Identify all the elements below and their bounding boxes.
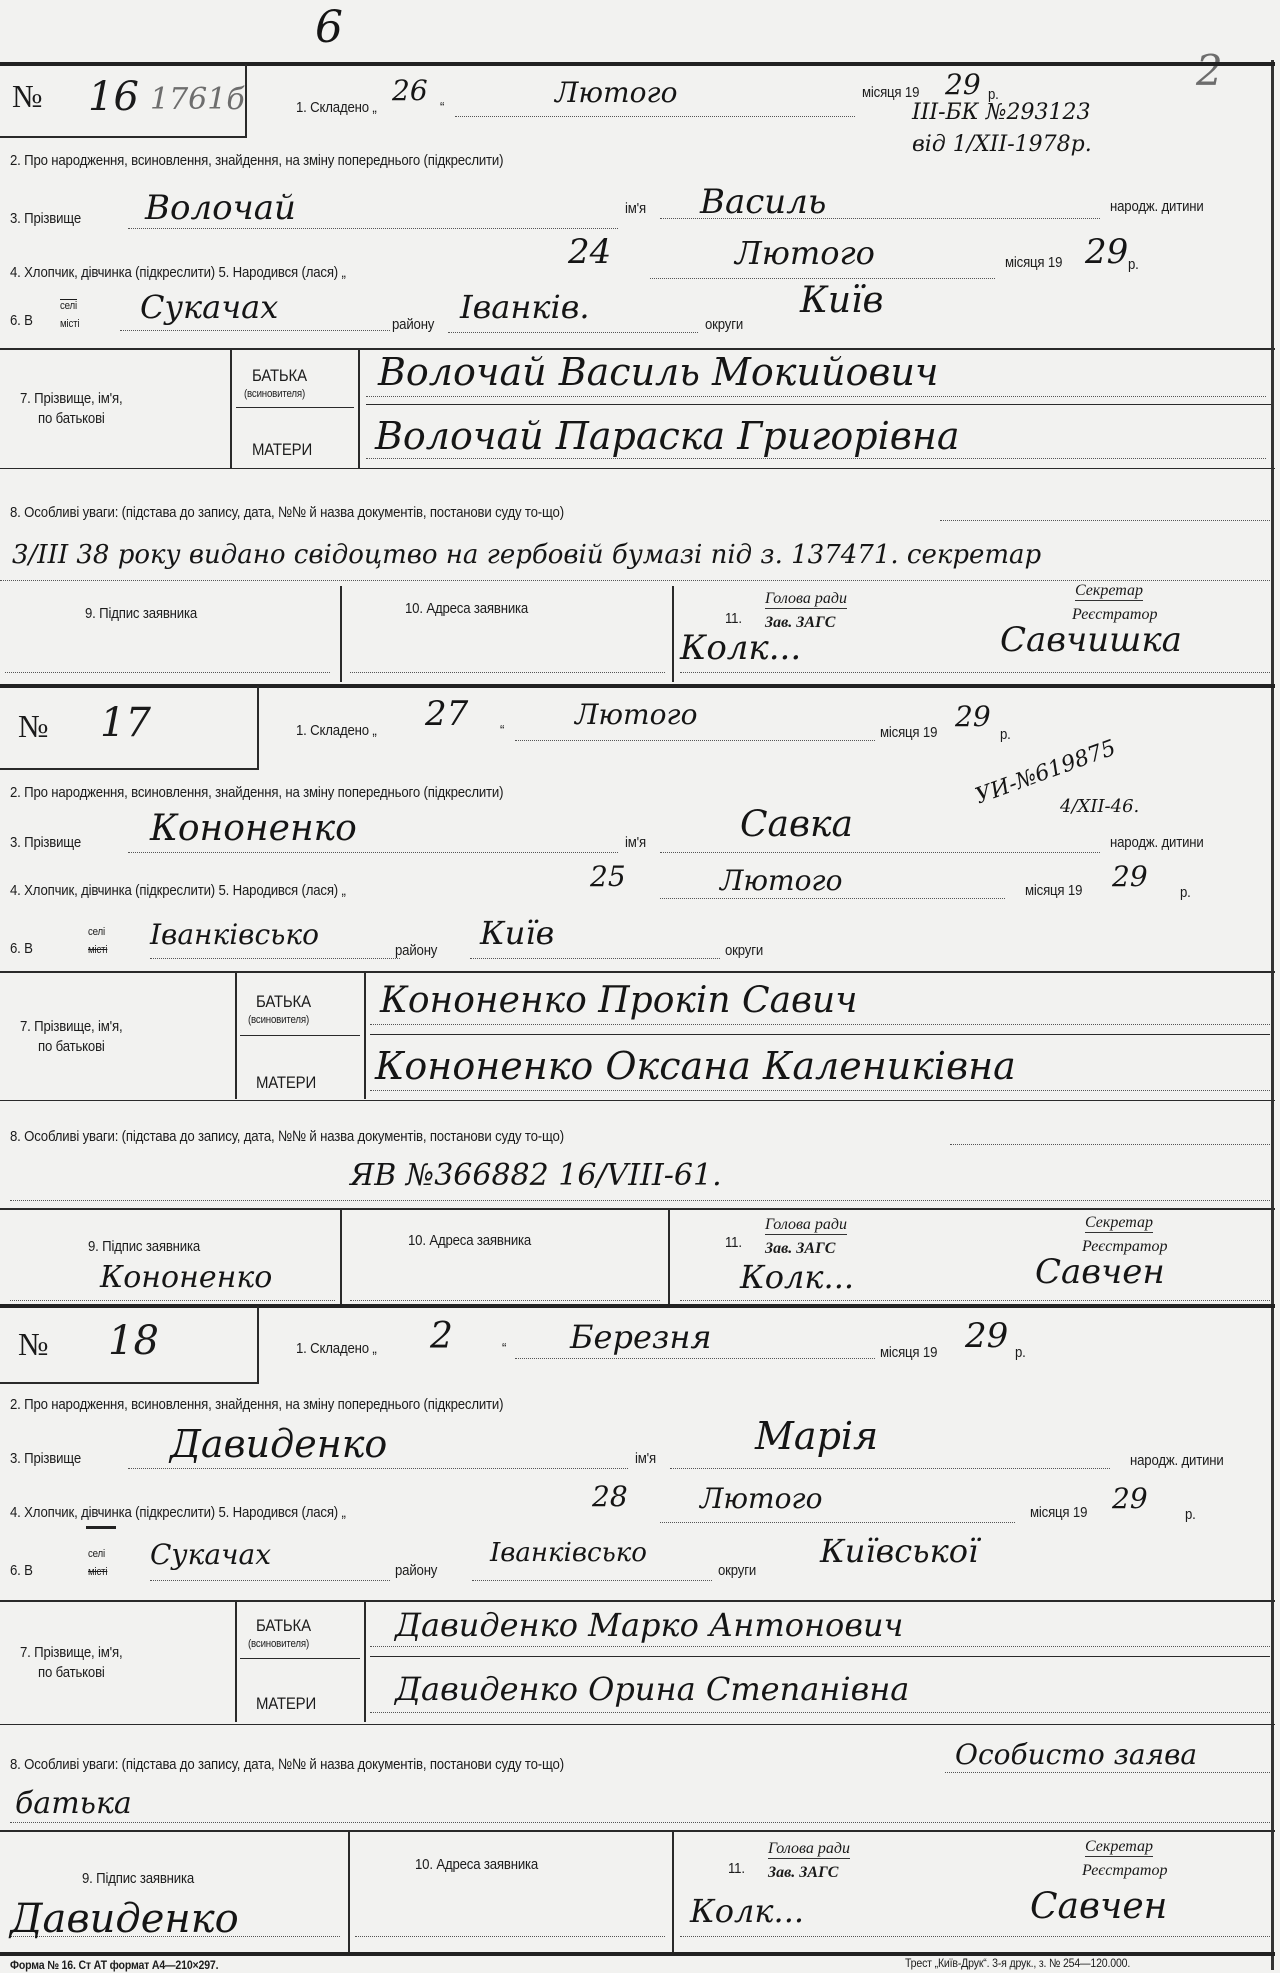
father-value: Кононенко Прокіп Савич — [380, 980, 858, 1021]
zags-label: Зав. ЗАГС — [768, 1864, 838, 1882]
district-label: району — [395, 1562, 437, 1579]
month-label: місяця 19 — [880, 1344, 937, 1361]
applicant-signature-label: 9. Підпис заявника — [85, 605, 197, 622]
birth-year: 29 — [1085, 232, 1128, 272]
name-value: Василь — [700, 182, 826, 222]
head-label: Голова ради — [765, 1216, 847, 1235]
district-value: Іванківсько — [490, 1538, 647, 1568]
father-label: БАТЬКА — [256, 992, 311, 1012]
surname-value: Кононенко — [150, 808, 357, 849]
quote-close: “ — [440, 99, 444, 116]
year-suffix: р. — [1015, 1344, 1026, 1361]
head-signature: Колк... — [690, 1892, 804, 1930]
birth-year-suffix: р. — [1128, 256, 1139, 273]
pencil-number: 1761б — [150, 82, 245, 117]
composed-year: 29 — [955, 700, 991, 733]
mother-value: Кононенко Оксана Калениківна — [375, 1044, 1016, 1088]
secretary-label: Секретар — [1085, 1838, 1153, 1857]
applicant-signature-label: 9. Підпис заявника — [88, 1238, 200, 1255]
sex-birth-label: 4. Хлопчик, дівчинка (підкреслити) 5. На… — [10, 882, 346, 899]
remarks-value: ЯВ №366882 16/VIII-61. — [350, 1158, 722, 1193]
annotation-date: 4/XII-46. — [1060, 796, 1139, 817]
number-sign: № — [18, 1326, 49, 1363]
okrug-label: округи — [705, 316, 743, 333]
birth-year-suffix: р. — [1185, 1506, 1196, 1523]
parents-label-1: 7. Прізвище, ім'я, — [20, 390, 122, 407]
mother-value: Волочай Параска Григорівна — [375, 414, 960, 458]
right-border — [1271, 60, 1274, 1970]
annotation-certificate: III-БК №293123 — [912, 100, 1091, 125]
registrar-signature: Савчен — [1035, 1252, 1165, 1292]
sex-birth-label: 4. Хлопчик, дівчинка (підкреслити) 5. На… — [10, 1504, 346, 1521]
father-label: БАТЬКА — [256, 1616, 311, 1636]
in-label: 6. В — [10, 940, 33, 957]
head-label: Голова ради — [768, 1840, 850, 1859]
surname-value: Волочай — [145, 188, 296, 228]
birth-day: 28 — [592, 1480, 628, 1513]
parents-label-2: по батькові — [38, 410, 105, 427]
father-sub-label: (всиновителя) — [244, 388, 305, 400]
birth-month-label: місяця 19 — [1025, 882, 1082, 899]
birth-month: Лютого — [720, 864, 842, 897]
item-11-label: 11. — [725, 610, 742, 627]
applicant-signature: Давиденко — [10, 1896, 239, 1942]
page-number-mark: 6 — [315, 2, 343, 53]
applicant-signature-label: 9. Підпис заявника — [82, 1870, 194, 1887]
about-label: 2. Про народження, всиновлення, знайденн… — [10, 1396, 503, 1413]
district-value: Іванків. — [460, 288, 590, 326]
applicant-address-label: 10. Адреса заявника — [405, 600, 528, 617]
composed-year: 29 — [965, 1316, 1008, 1356]
father-value: Волочай Василь Мокийович — [378, 350, 939, 394]
surname-label: 3. Прізвище — [10, 1450, 81, 1467]
birth-year: 29 — [1112, 860, 1148, 893]
mother-label: МАТЕРИ — [252, 440, 312, 460]
okrug-label: округи — [718, 1562, 756, 1579]
remarks-label: 8. Особливі уваги: (підстава до запису, … — [10, 1128, 564, 1145]
name-label: ім'я — [635, 1450, 656, 1467]
about-label: 2. Про народження, всиновлення, знайденн… — [10, 152, 503, 169]
composed-day: 27 — [425, 694, 468, 734]
applicant-signature: Кононенко — [100, 1260, 272, 1295]
town-label: місті — [88, 1566, 107, 1578]
remarks-label: 8. Особливі уваги: (підстава до запису, … — [10, 1756, 564, 1773]
zags-label: Зав. ЗАГС — [765, 1240, 835, 1258]
father-label: БАТЬКА — [252, 366, 307, 386]
town-label: місті — [60, 318, 79, 330]
corner-pencil-mark: 2 — [1196, 46, 1223, 95]
girl-underline — [86, 1526, 116, 1529]
remarks-value: батька — [15, 1786, 132, 1821]
remarks-label: 8. Особливі уваги: (підстава до запису, … — [10, 504, 564, 521]
name-label: ім'я — [625, 834, 646, 851]
entry-top-rule — [0, 62, 1275, 66]
registrar-signature: Савчен — [1030, 1886, 1167, 1927]
record-number: 17 — [100, 700, 151, 746]
okrug-value: Київської — [820, 1532, 978, 1570]
place-value: Сукачах — [140, 288, 278, 326]
item-11-label: 11. — [725, 1234, 742, 1251]
surname-label: 3. Прізвище — [10, 210, 81, 227]
place-value: Сукачах — [150, 1538, 271, 1571]
composed-month: Березня — [570, 1318, 712, 1356]
annotation-date: від 1/XII-1978р. — [912, 132, 1092, 157]
composed-day: 26 — [392, 74, 428, 107]
secretary-label: Секретар — [1085, 1214, 1153, 1233]
remarks-value: 3/III 38 року видано свідоцтво на гербов… — [12, 540, 1041, 570]
child-label: народж. дитини — [1110, 198, 1204, 215]
record-number: 16 — [88, 74, 139, 120]
village-label: селі — [60, 300, 77, 312]
head-label: Голова ради — [765, 590, 847, 609]
okrug-label: округи — [725, 942, 763, 959]
village-label: селі — [88, 926, 105, 938]
composed-day: 2 — [430, 1316, 453, 1357]
number-sign: № — [12, 78, 43, 115]
child-label: народж. дитини — [1130, 1452, 1224, 1469]
footer-printer-info: Трест „Київ-Друк“. 3-я друк., з. № 254—1… — [905, 1956, 1130, 1970]
birth-year-suffix: р. — [1180, 884, 1191, 901]
town-label: місті — [88, 944, 107, 956]
composed-month: Лютого — [575, 698, 697, 731]
composed-label: 1. Складено „ — [296, 722, 377, 739]
birth-day: 25 — [590, 860, 626, 893]
district-label: району — [395, 942, 437, 959]
composed-month: Лютого — [555, 76, 677, 109]
birth-month: Лютого — [735, 234, 875, 272]
in-label: 6. В — [10, 1562, 33, 1579]
surname-value: Давиденко — [170, 1422, 387, 1466]
name-value: Савка — [740, 804, 853, 845]
name-label: ім'я — [625, 200, 646, 217]
head-signature: Колк... — [680, 628, 801, 668]
registrar-label: Реєстратор — [1082, 1862, 1167, 1880]
sex-birth-label: 4. Хлопчик, дівчинка (підкреслити) 5. На… — [10, 264, 346, 281]
father-sub-label: (всиновителя) — [248, 1638, 309, 1650]
parents-label-2: по батькові — [38, 1038, 105, 1055]
mother-value: Давиденко Орина Степанівна — [395, 1670, 909, 1708]
number-box-bottom — [0, 136, 246, 138]
item-11-label: 11. — [728, 1860, 745, 1877]
birth-month: Лютого — [700, 1482, 822, 1515]
district-label: району — [392, 316, 434, 333]
mother-label: МАТЕРИ — [256, 1694, 316, 1714]
secretary-label: Секретар — [1075, 582, 1143, 601]
in-label: 6. В — [10, 312, 33, 329]
district-value: Київ — [480, 914, 554, 952]
month-label: місяця 19 — [880, 724, 937, 741]
father-value: Давиденко Марко Антонович — [395, 1606, 903, 1644]
record-number: 18 — [108, 1318, 159, 1364]
okrug-value: Київ — [800, 280, 884, 321]
head-signature: Колк... — [740, 1258, 854, 1296]
surname-label: 3. Прізвище — [10, 834, 81, 851]
name-value: Марія — [755, 1414, 878, 1458]
composed-year: 29 — [945, 68, 981, 101]
birth-month-label: місяця 19 — [1005, 254, 1062, 271]
mother-label: МАТЕРИ — [256, 1073, 316, 1093]
applicant-address-label: 10. Адреса заявника — [408, 1232, 531, 1249]
registrar-signature: Савчишка — [1000, 620, 1182, 660]
place-value: Іванківсько — [150, 918, 319, 951]
year-suffix: р. — [1000, 726, 1011, 743]
about-label: 2. Про народження, всиновлення, знайденн… — [10, 784, 503, 801]
remarks-inline-value: Особисто заява — [955, 1738, 1197, 1771]
composed-label: 1. Складено „ — [296, 99, 377, 116]
village-label: селі — [88, 1548, 105, 1560]
number-sign: № — [18, 708, 49, 745]
composed-label: 1. Складено „ — [296, 1340, 377, 1357]
father-sub-label: (всиновителя) — [248, 1014, 309, 1026]
parents-label-1: 7. Прізвище, ім'я, — [20, 1018, 122, 1035]
birth-year: 29 — [1112, 1482, 1148, 1515]
birth-day: 24 — [568, 232, 611, 272]
parents-label-1: 7. Прізвище, ім'я, — [20, 1644, 122, 1661]
quote-close: “ — [502, 1340, 506, 1357]
birth-month-label: місяця 19 — [1030, 1504, 1087, 1521]
quote-close: “ — [500, 722, 504, 739]
month-label: місяця 19 — [862, 84, 919, 101]
applicant-address-label: 10. Адреса заявника — [415, 1856, 538, 1873]
number-box-side — [245, 64, 247, 138]
child-label: народж. дитини — [1110, 834, 1204, 851]
parents-label-2: по батькові — [38, 1664, 105, 1681]
footer-form-info: Форма № 16. Ст АТ формат А4—210×297. — [10, 1958, 218, 1972]
